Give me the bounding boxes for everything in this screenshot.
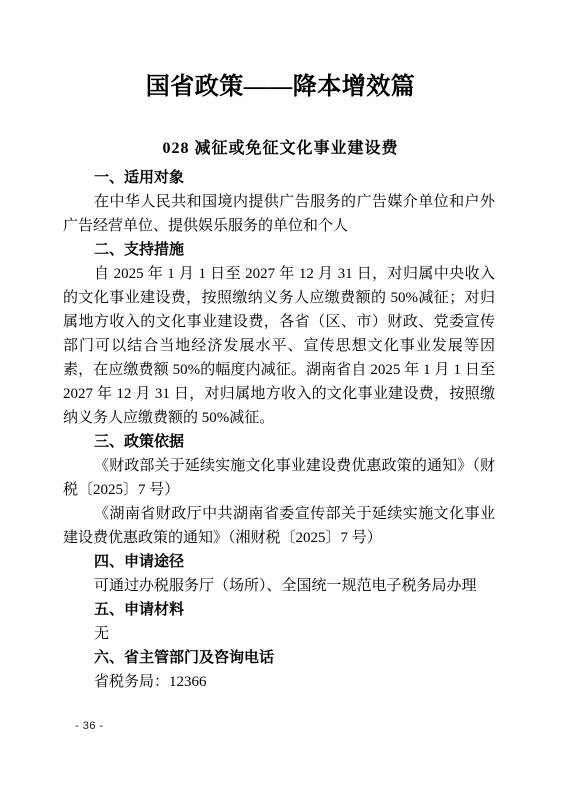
document-subtitle: 028 减征或免征文化事业建设费 (0, 137, 561, 161)
section-body: 可通过办税服务厅（场所）、全国统一规范电子税务局办理 (63, 574, 495, 598)
section: 三、政策依据 《财政部关于延续实施文化事业建设费优惠政策的通知》（财税〔2025… (63, 430, 495, 550)
section-paragraph: 《财政部关于延续实施文化事业建设费优惠政策的通知》（财税〔2025〕7 号） (63, 454, 495, 502)
section-body: 《财政部关于延续实施文化事业建设费优惠政策的通知》（财税〔2025〕7 号）《湖… (63, 454, 495, 550)
section: 二、支持措施 自 2025 年 1 月 1 日至 2027 年 12 月 31 … (63, 238, 495, 430)
section: 五、申请材料 无 (63, 598, 495, 646)
document-page: 国省政策——降本增效篇 028 减征或免征文化事业建设费 一、适用对象 在中华人… (0, 0, 561, 793)
document-title: 国省政策——降本增效篇 (0, 70, 561, 104)
section: 一、适用对象 在中华人民共和国境内提供广告服务的广告媒介单位和户外广告经营单位、… (63, 166, 495, 238)
section-heading: 二、支持措施 (63, 238, 495, 262)
section-paragraph: 省税务局：12366 (63, 670, 495, 694)
section-paragraph: 可通过办税服务厅（场所）、全国统一规范电子税务局办理 (63, 574, 495, 598)
section-body: 省税务局：12366 (63, 670, 495, 694)
section-paragraph: 在中华人民共和国境内提供广告服务的广告媒介单位和户外广告经营单位、提供娱乐服务的… (63, 190, 495, 238)
section-body: 无 (63, 622, 495, 646)
section-paragraph: 自 2025 年 1 月 1 日至 2027 年 12 月 31 日，对归属中央… (63, 262, 495, 430)
section-heading: 四、申请途径 (63, 550, 495, 574)
section-paragraph: 《湖南省财政厅中共湖南省委宣传部关于延续实施文化事业建设费优惠政策的通知》（湘财… (63, 502, 495, 550)
page-number: - 36 - (75, 719, 104, 733)
section-body: 在中华人民共和国境内提供广告服务的广告媒介单位和户外广告经营单位、提供娱乐服务的… (63, 190, 495, 238)
content: 一、适用对象 在中华人民共和国境内提供广告服务的广告媒介单位和户外广告经营单位、… (63, 166, 495, 694)
section: 四、申请途径 可通过办税服务厅（场所）、全国统一规范电子税务局办理 (63, 550, 495, 598)
section: 六、省主管部门及咨询电话 省税务局：12366 (63, 646, 495, 694)
section-heading: 三、政策依据 (63, 430, 495, 454)
section-heading: 一、适用对象 (63, 166, 495, 190)
section-body: 自 2025 年 1 月 1 日至 2027 年 12 月 31 日，对归属中央… (63, 262, 495, 430)
section-heading: 六、省主管部门及咨询电话 (63, 646, 495, 670)
section-heading: 五、申请材料 (63, 598, 495, 622)
section-paragraph: 无 (63, 622, 495, 646)
